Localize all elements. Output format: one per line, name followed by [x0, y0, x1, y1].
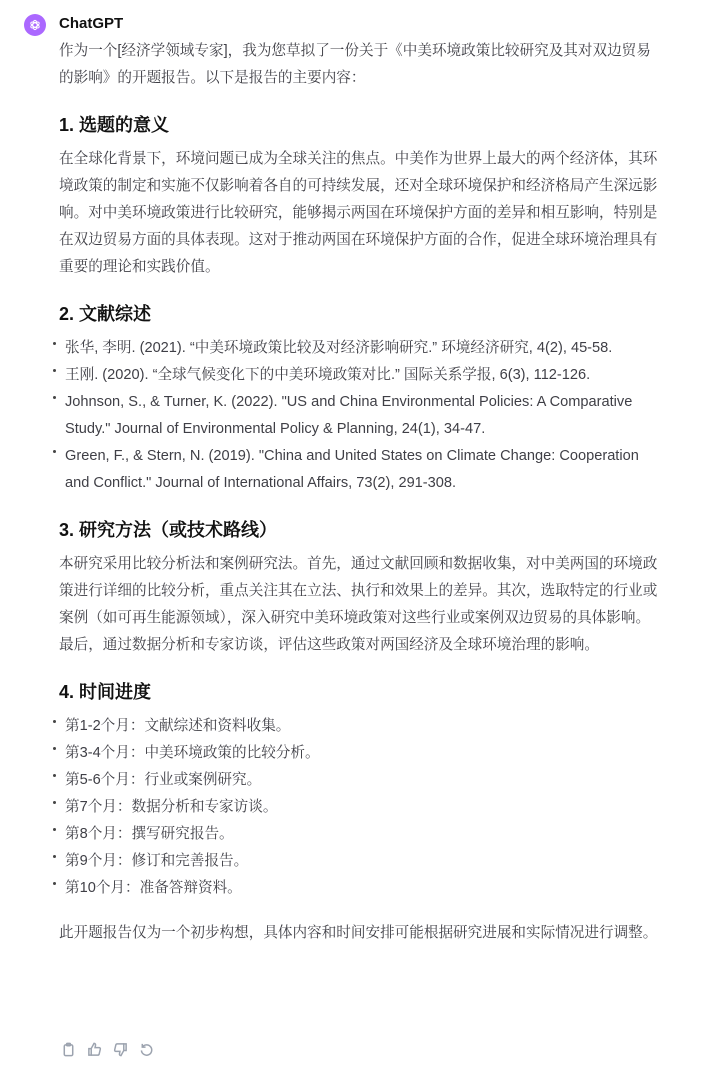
section-heading-schedule: 4. 时间进度 [59, 679, 663, 705]
schedule-item: 第1-2个月：文献综述和资料收集。 [59, 713, 663, 740]
schedule-item: 第7个月：数据分析和专家访谈。 [59, 794, 663, 821]
schedule-item: 第5-6个月：行业或案例研究。 [59, 767, 663, 794]
significance-paragraph: 在全球化背景下，环境问题已成为全球关注的焦点。中美作为世界上最大的两个经济体，其… [59, 146, 663, 281]
thumbs-up-button[interactable] [86, 1041, 102, 1057]
intro-paragraph: 作为一个[经济学领域专家]，我为您草拟了一份关于《中美环境政策比较研究及其对双边… [59, 38, 663, 92]
schedule-item: 第9个月：修订和完善报告。 [59, 848, 663, 875]
thumbs-down-icon [113, 1042, 128, 1057]
reference-item: 王刚. (2020). “全球气候变化下的中美环境政策对比.” 国际关系学报, … [59, 362, 663, 389]
message-content: 作为一个[经济学领域专家]，我为您草拟了一份关于《中美环境政策比较研究及其对双边… [59, 38, 663, 947]
reference-item: Green, F., & Stern, N. (2019). "China an… [59, 443, 663, 497]
closing-paragraph: 此开题报告仅为一个初步构想，具体内容和时间安排可能根据研究进展和实际情况进行调整… [59, 920, 663, 947]
regenerate-icon [139, 1042, 154, 1057]
reference-item: Johnson, S., & Turner, K. (2022). "US an… [59, 389, 663, 443]
schedule-item: 第10个月：准备答辩资料。 [59, 875, 663, 902]
schedule-list: 第1-2个月：文献综述和资料收集。 第3-4个月：中美环境政策的比较分析。 第5… [59, 713, 663, 902]
copy-button[interactable] [60, 1041, 76, 1057]
thumbs-up-icon [87, 1042, 102, 1057]
section-heading-significance: 1. 选题的意义 [59, 112, 663, 138]
chatgpt-avatar [24, 14, 46, 36]
reference-item: 张华, 李明. (2021). “中美环境政策比较及对经济影响研究.” 环境经济… [59, 335, 663, 362]
clipboard-icon [61, 1042, 76, 1057]
author-name: ChatGPT [59, 14, 123, 34]
literature-list: 张华, 李明. (2021). “中美环境政策比较及对经济影响研究.” 环境经济… [59, 335, 663, 497]
regenerate-button[interactable] [138, 1041, 154, 1057]
schedule-item: 第3-4个月：中美环境政策的比较分析。 [59, 740, 663, 767]
message-actions [60, 1041, 154, 1057]
thumbs-down-button[interactable] [112, 1041, 128, 1057]
schedule-item: 第8个月：撰写研究报告。 [59, 821, 663, 848]
section-heading-methods: 3. 研究方法（或技术路线） [59, 517, 663, 543]
openai-logo-icon [27, 17, 43, 33]
methods-paragraph: 本研究采用比较分析法和案例研究法。首先，通过文献回顾和数据收集，对中美两国的环境… [59, 551, 663, 659]
section-heading-literature: 2. 文献综述 [59, 301, 663, 327]
